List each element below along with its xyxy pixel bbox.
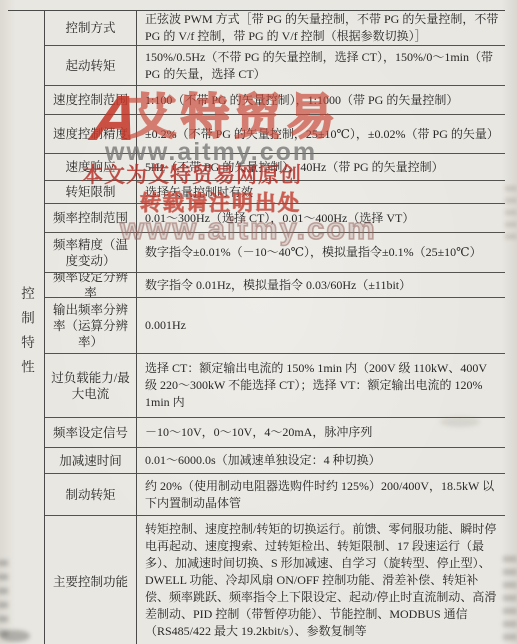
row-value-speed-response: 5Hz（不带 PG 的矢量控制），40Hz（带 PG 的矢量控制） <box>137 154 505 181</box>
row-value-frequency-setting-resolution: 数字指令 0.01Hz，模拟量指令 0.03/60Hz（±11bit） <box>137 273 505 298</box>
row-value-speed-control-range: 1:100（不带 PG 的矢量控制），1:1000（带 PG 的矢量控制） <box>137 86 505 115</box>
bleedthrough-smudge <box>503 556 517 644</box>
row-value-torque-limit: 选择矢量控制时有效 <box>137 181 505 204</box>
row-value-main-control-functions: 转矩控制、速度控制/转矩的切换运行。前馈、零伺服功能、瞬时停电再起动、速度搜索、… <box>137 516 505 644</box>
row-value-starting-torque: 150%/0.5Hz（不带 PG 的矢量控制，选择 CT），150%/0～1mi… <box>137 46 505 86</box>
row-label-frequency-control-range: 频率控制范围 <box>45 204 137 233</box>
row-group-cell: 控制特性 <box>8 11 45 644</box>
row-value-frequency-setting-signal: －10～10V，0～10V，4～20mA，脉冲序列 <box>137 418 505 448</box>
row-label-speed-response: 速度响应 <box>45 154 137 181</box>
row-value-overload-capacity: 选择 CT：额定输出电流的 150% 1min 内（200V 级 110kW、4… <box>137 354 505 418</box>
row-label-control-mode: 控制方式 <box>45 11 137 46</box>
row-value-braking-torque: 约 20%（使用制动电阻器选购件时约 125%）200/400V，18.5kW … <box>137 474 505 516</box>
row-label-braking-torque: 制动转矩 <box>45 474 137 516</box>
scanned-document-page: 控制特性 控制方式 正弦波 PWM 方式［带 PG 的矢量控制，不带 PG 的矢… <box>0 0 517 644</box>
row-value-control-mode: 正弦波 PWM 方式［带 PG 的矢量控制，不带 PG 的矢量控制，不带 PG … <box>137 11 505 46</box>
row-value-frequency-accuracy: 数字指令±0.01%（－10～40℃），模拟量指令±0.1%（25±10℃） <box>137 233 505 273</box>
row-label-starting-torque: 起动转矩 <box>45 46 137 86</box>
bleedthrough-smudge <box>0 560 8 640</box>
row-label-accel-decel-time: 加减速时间 <box>45 448 137 474</box>
row-label-main-control-functions: 主要控制功能 <box>45 516 137 644</box>
row-value-frequency-control-range: 0.01～300Hz（选择 CT），0.01～400Hz（选择 VT） <box>137 204 505 233</box>
row-label-speed-control-accuracy: 速度控制精度 <box>45 115 137 154</box>
row-group-label: 控制特性 <box>16 275 36 384</box>
row-value-output-frequency-resolution: 0.001Hz <box>137 298 505 354</box>
control-characteristics-table: 控制特性 控制方式 正弦波 PWM 方式［带 PG 的矢量控制，不带 PG 的矢… <box>8 10 505 644</box>
bleedthrough-smudge <box>505 186 517 246</box>
row-label-frequency-setting-resolution: 频率设定分辨率 <box>45 273 137 298</box>
row-label-torque-limit: 转矩限制 <box>45 181 137 204</box>
row-label-frequency-accuracy: 频率精度（温度变动） <box>45 233 137 273</box>
row-label-overload-capacity: 过负载能力/最大电流 <box>45 354 137 418</box>
row-value-speed-control-accuracy: ±0.2%（不带 PG 的矢量控制，25±10℃），±0.02%（带 PG 的矢… <box>137 115 505 154</box>
row-label-speed-control-range: 速度控制范围 <box>45 86 137 115</box>
row-label-output-frequency-resolution: 输出频率分辨率（运算分辨率） <box>45 298 137 354</box>
row-value-accel-decel-time: 0.01～6000.0s（加减速单独设定：4 种切换） <box>137 448 505 474</box>
row-label-frequency-setting-signal: 频率设定信号 <box>45 418 137 448</box>
